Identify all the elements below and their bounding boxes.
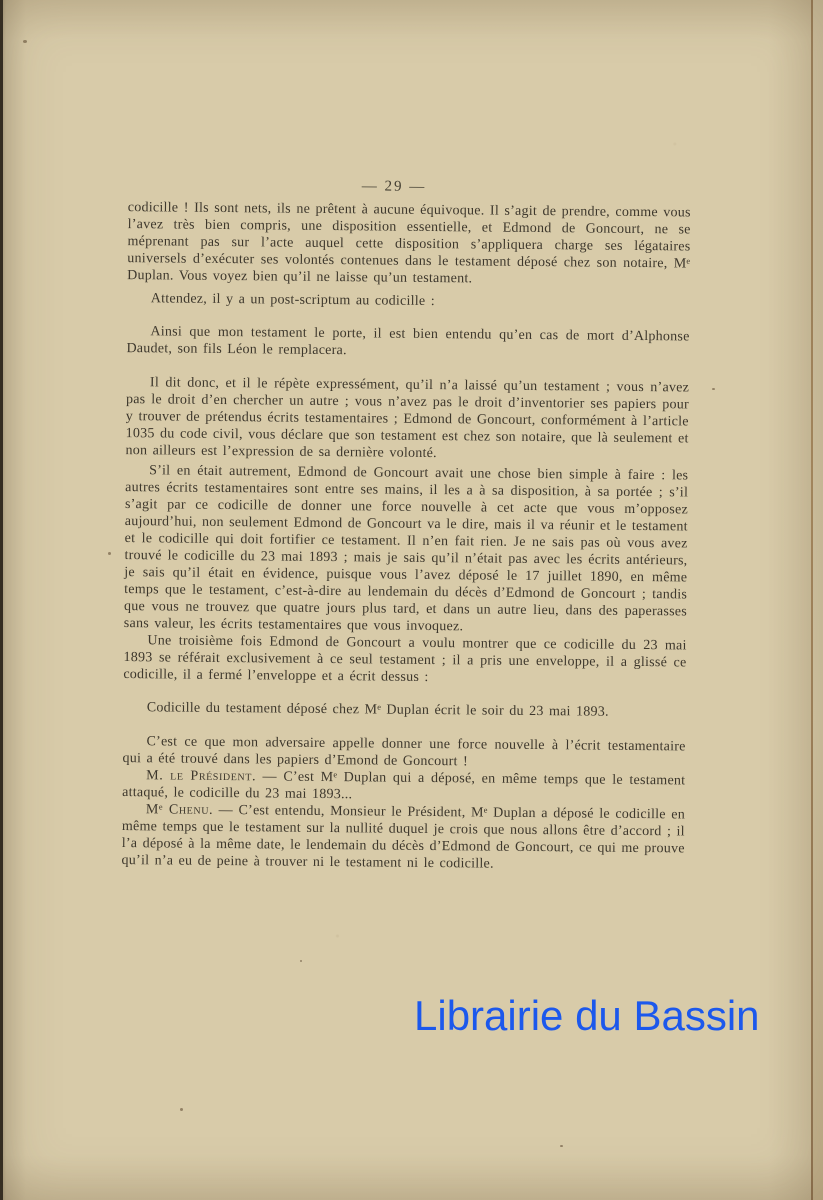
quote-codicille-enveloppe: Codicille du testament déposé chez Mᵉ Du… [123, 699, 686, 721]
paragraph-chenu: Mᵉ Chenu. — C’est entendu, Monsieur le P… [121, 801, 685, 874]
paper-speckle [23, 40, 27, 43]
scan-edge-left [0, 0, 3, 1200]
paragraph-codicille-nets: codicille ! Ils sont nets, ils ne prêten… [127, 199, 691, 289]
bookseller-watermark: Librairie du Bassin [414, 995, 760, 1037]
text-block: codicille ! Ils sont nets, ils ne prêten… [121, 199, 690, 874]
page-crease-line [811, 0, 813, 1200]
paper-speckle [712, 388, 715, 390]
paragraph-president: M. le Président. — C’est Mᵉ Duplan qui a… [122, 767, 685, 806]
paper-speckle [300, 960, 302, 962]
paragraph-il-dit-donc: Il dit donc, et il le répète expressémen… [125, 374, 689, 464]
paragraph-cest-ce-que: C’est ce que mon adversaire appelle donn… [122, 733, 685, 772]
page-number: — 29 — [114, 176, 674, 198]
paper-speckle [108, 552, 111, 555]
book-page-scan: — 29 — codicille ! Ils sont nets, ils ne… [0, 0, 823, 1200]
speaker-president-label: M. le Président. [146, 768, 256, 784]
page-content-rotated: — 29 — codicille ! Ils sont nets, ils ne… [2, 0, 823, 7]
speaker-chenu-label: Mᵉ Chenu. [146, 802, 213, 818]
paragraph-une-troisieme-fois: Une troisième fois Edmond de Goncourt a … [123, 632, 686, 688]
paragraph-attendez: Attendez, il y a un post-scriptum au cod… [127, 290, 690, 312]
paper-speckle [180, 1108, 183, 1111]
scan-edge-right-strip [813, 0, 823, 1200]
quote-post-scriptum: Ainsi que mon testament le porte, il est… [126, 323, 689, 362]
paper-speckle [560, 1145, 563, 1147]
paragraph-sil-en-etait: S’il en était autrement, Edmond de Gonco… [124, 462, 689, 637]
